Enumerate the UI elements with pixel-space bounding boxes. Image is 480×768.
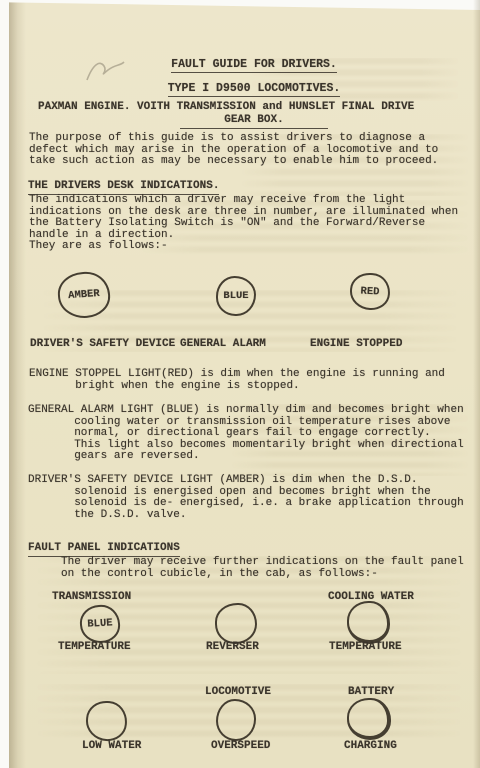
fault-lamp-battery-charging xyxy=(347,698,391,740)
desk-lamp-caption-engine-stopped: ENGINE STOPPED xyxy=(310,339,402,351)
desk-lamp-blue: BLUE xyxy=(216,276,256,316)
fault-lamp-caption-overspeed: OVERSPEED xyxy=(211,741,270,753)
desk-lamp-amber: AMBER xyxy=(56,270,111,320)
scan-edge-left xyxy=(0,0,9,768)
gearbox-line-text: GEAR BOX. xyxy=(180,115,327,129)
gearbox-line: GEAR BOX. xyxy=(28,115,480,129)
page-crease-shadow xyxy=(9,0,26,768)
fault-lamp-caption-charging: CHARGING xyxy=(344,741,397,753)
page-subtitle: TYPE I D9500 LOCOMOTIVES. xyxy=(28,83,480,97)
fault-panel-heading: FAULT PANEL INDICATIONS xyxy=(28,543,180,557)
desk-lamp-red-label: RED xyxy=(360,285,380,298)
desk-lamp-blue-label: BLUE xyxy=(223,290,248,302)
desk-lamp-caption-safety-device: DRIVER'S SAFETY DEVICE xyxy=(30,339,175,351)
desk-indications-heading-text: THE DRIVERS DESK INDICATIONS. xyxy=(28,181,219,195)
fault-lamp-top-label-transmission: TRANSMISSION xyxy=(52,592,131,604)
scan-edge-top xyxy=(0,0,480,10)
fault-panel-paragraph: The driver may receive further indicatio… xyxy=(28,557,464,580)
fault-lamp-cooling-water-temperature xyxy=(347,601,390,644)
desk-indications-heading: THE DRIVERS DESK INDICATIONS. xyxy=(28,181,219,195)
entry-safety-device: DRIVER'S SAFETY DEVICE LIGHT (AMBER) is … xyxy=(28,475,464,521)
intro-paragraph: The purpose of this guide is to assist d… xyxy=(29,133,438,168)
page-subtitle-text: TYPE I D9500 LOCOMOTIVES. xyxy=(168,83,341,97)
desk-lamp-caption-general-alarm: GENERAL ALARM xyxy=(180,339,266,351)
fault-lamp-caption-temperature-2: TEMPERATURE xyxy=(329,642,402,654)
fault-lamp-top-label-battery: BATTERY xyxy=(348,687,394,699)
page-title: FAULT GUIDE FOR DRIVERS. xyxy=(28,59,480,73)
fault-lamp-transmission-temperature: BLUE xyxy=(79,604,121,644)
fault-lamp-top-label-locomotive: LOCOMOTIVE xyxy=(205,687,271,699)
fault-lamp-caption-reverser: REVERSER xyxy=(206,642,259,654)
fault-lamp-caption-temperature-1: TEMPERATURE xyxy=(58,642,131,654)
fault-panel-heading-text: FAULT PANEL INDICATIONS xyxy=(28,543,180,557)
fault-lamp-blue-label: BLUE xyxy=(87,617,113,630)
desk-lamp-amber-label: AMBER xyxy=(68,288,100,302)
fault-lamp-low-water xyxy=(85,700,129,743)
engine-line: PAXMAN ENGINE. VOITH TRANSMISSION and HU… xyxy=(38,102,414,114)
fault-lamp-caption-low-water: LOW WATER xyxy=(82,741,141,753)
desk-indications-paragraph: The indications which a driver may recei… xyxy=(29,195,458,253)
fault-lamp-overspeed xyxy=(216,699,256,741)
fault-lamp-reverser xyxy=(215,603,257,644)
entry-general-alarm: GENERAL ALARM LIGHT (BLUE) is normally d… xyxy=(28,405,464,463)
document-page: FAULT GUIDE FOR DRIVERS. TYPE I D9500 LO… xyxy=(0,0,480,768)
entry-engine-stopped: ENGINE STOPPEL LIGHT(RED) is dim when th… xyxy=(29,369,445,392)
desk-lamp-red: RED xyxy=(349,272,391,311)
page-title-text: FAULT GUIDE FOR DRIVERS. xyxy=(171,59,337,73)
scanned-document: { "colors": { "paper": "#ebe4c6", "ink":… xyxy=(0,0,480,768)
